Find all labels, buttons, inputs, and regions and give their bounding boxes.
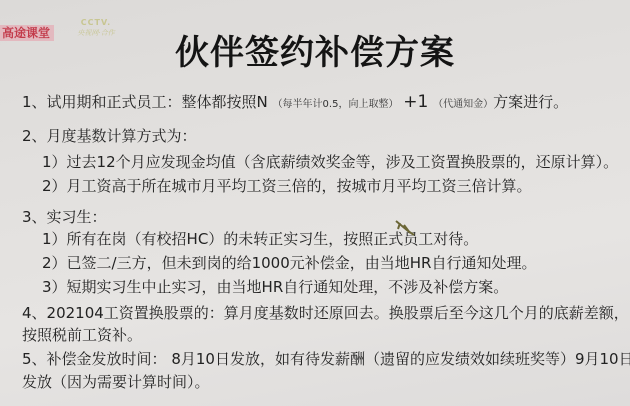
section-number: 5、: [22, 350, 47, 368]
cctv-logo-subtext: 央视网·合作: [66, 28, 126, 38]
section-2: 2、月度基数计算方式为：: [22, 126, 197, 146]
pen-mark-icon: [394, 219, 416, 237]
section-5: 5、补偿金发放时间： 8月10日发放，如有待发薪酬（遗留的应发绩效如续班奖等）9…: [22, 349, 630, 369]
section-note: （每半年计0.5，向上取整）: [273, 99, 399, 110]
section-number: 2、: [22, 127, 47, 145]
section-3-item-2: 2）已签二/三方，但未到岗的给1000元补偿金，由当地HR自行通知处理。: [42, 253, 536, 273]
section-label: 实习生：: [47, 208, 107, 226]
section-2-item-1: 1）过去12个月应发现金均值（含底薪绩效奖金等，涉及工资置换股票的，还原计算）。: [42, 152, 618, 172]
section-2-item-2: 2）月工资高于所在城市月平均工资三倍的，按城市月平均工资三倍计算。: [42, 176, 532, 196]
section-1: 1、试用期和正式员工：整体都按照N （每半年计0.5，向上取整） +1 （代通知…: [22, 92, 568, 115]
section-number: 3、: [22, 208, 47, 226]
section-3: 3、实习生：: [22, 207, 107, 227]
section-plus: +1: [403, 92, 428, 112]
section-label: 202104工资置换股票的：算月度基数时还原回去。换股票后至今这几个月的底薪差额…: [47, 304, 629, 322]
section-5-continuation: 发放（因为需要计算时间）。: [22, 372, 210, 392]
section-number: 1、: [22, 93, 47, 111]
document-photo: 高途课堂 CCTV. 央视网·合作 伙伴签约补偿方案 1、试用期和正式员工：整体…: [0, 0, 630, 406]
document-title: 伙伴签约补偿方案: [175, 33, 455, 73]
section-tail: 方案进行。: [493, 93, 568, 111]
section-note-2: （代通知金）: [433, 99, 493, 110]
section-label: 月度基数计算方式为：: [47, 127, 197, 145]
section-number: 4、: [22, 304, 47, 322]
section-label: 试用期和正式员工：整体都按照N: [47, 93, 268, 111]
section-label: 补偿金发放时间： 8月10日发放，如有待发薪酬（遗留的应发绩效如续班奖等）9月1…: [47, 350, 630, 368]
section-3-item-3: 3）短期实习生中止实习，由当地HR自行通知处理，不涉及补偿方案。: [42, 277, 508, 297]
cctv-logo: CCTV. 央视网·合作: [66, 18, 126, 38]
section-4: 4、202104工资置换股票的：算月度基数时还原回去。换股票后至今这几个月的底薪…: [22, 303, 629, 323]
gaotu-logo: 高途课堂: [0, 25, 54, 41]
section-4-continuation: 按照税前工资补。: [22, 325, 142, 345]
cctv-logo-text: CCTV.: [66, 18, 126, 28]
